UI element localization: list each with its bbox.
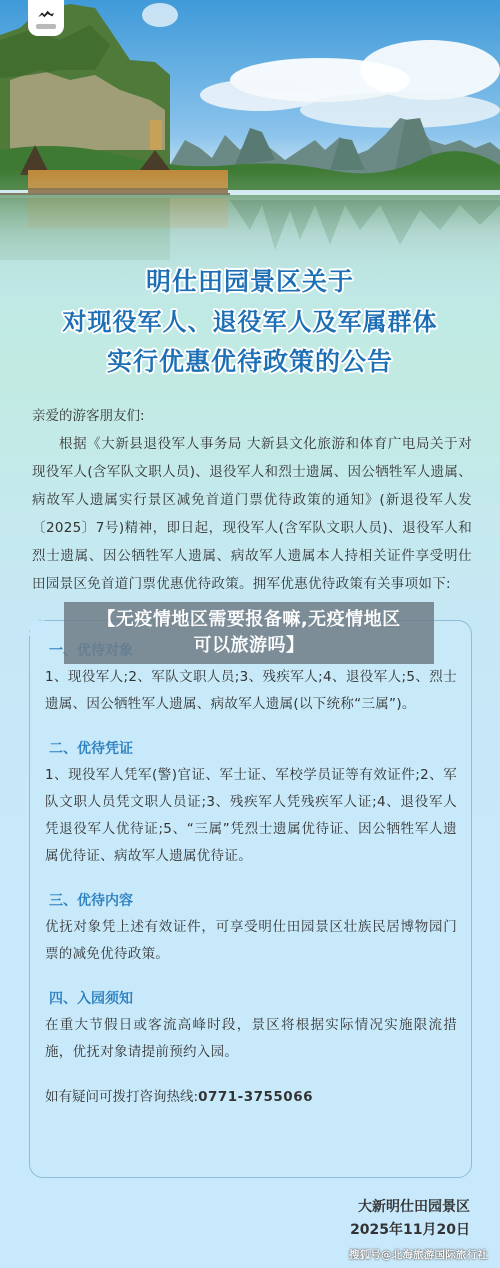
hero-landscape-image	[0, 0, 500, 300]
hotline-label: 如有疑问可拨打咨询热线:	[45, 1089, 198, 1105]
signature-org: 大新明仕田园景区	[350, 1196, 470, 1219]
hotline-line: 如有疑问可拨打咨询热线:0771-3755066	[45, 1084, 457, 1111]
source-watermark: 搜狐号@北海旅游国际旅行社	[349, 1247, 488, 1262]
logo-caption	[36, 24, 56, 29]
greeting: 亲爱的游客朋友们:	[32, 402, 472, 430]
scenic-area-logo-icon	[28, 0, 64, 36]
headline-overlay-banner: 【无疫情地区需要报备嘛,无疫情地区 可以旅游吗】	[64, 602, 434, 664]
section-body: 1、现役军人;2、军队文职人员;3、残疾军人;4、退役军人;5、烈士遗属、因公牺…	[45, 664, 457, 718]
overlay-line-2: 可以旅游吗】	[194, 633, 305, 659]
section-entry-notice: 四、入园须知 在重大节假日或客流高峰时段，景区将根据实际情况实施限流措施，优抚对…	[45, 986, 457, 1066]
section-body: 优抚对象凭上述有效证件，可享受明仕田园景区壮族民居博物园门票的减免优待政策。	[45, 914, 457, 968]
hotline-number[interactable]: 0771-3755066	[198, 1089, 313, 1105]
section-heading: 四、入园须知	[49, 986, 457, 1012]
policy-details-content: 一、优待对象 1、现役军人;2、军队文职人员;3、残疾军人;4、退役军人;5、烈…	[45, 638, 457, 1111]
section-body: 1、现役军人凭军(警)官证、军士证、军校学员证等有效证件;2、军队文职人员凭文职…	[45, 762, 457, 870]
title-line-1: 明仕田园景区关于	[0, 262, 500, 302]
announcement-page: 明仕田园景区关于 对现役军人、退役军人及军属群体 实行优惠优待政策的公告 亲爱的…	[0, 0, 500, 1268]
signature-date: 2025年11月20日	[350, 1219, 470, 1242]
logo-mark-icon	[35, 10, 57, 18]
title-line-2: 对现役军人、退役军人及军属群体	[0, 302, 500, 342]
intro-section: 亲爱的游客朋友们: 根据《大新县退役军人事务局 大新县文化旅游和体育广电局关于对…	[32, 402, 472, 598]
intro-paragraph: 根据《大新县退役军人事务局 大新县文化旅游和体育广电局关于对现役军人(含军队文职…	[32, 430, 472, 598]
overlay-line-1: 【无疫情地区需要报备嘛,无疫情地区	[97, 607, 400, 633]
section-heading: 三、优待内容	[49, 888, 457, 914]
section-benefits: 三、优待内容 优抚对象凭上述有效证件，可享受明仕田园景区壮族民居博物园门票的减免…	[45, 888, 457, 968]
title-line-3: 实行优惠优待政策的公告	[0, 342, 500, 382]
signature-block: 大新明仕田园景区 2025年11月20日	[350, 1196, 470, 1242]
section-heading: 二、优待凭证	[49, 736, 457, 762]
section-body: 在重大节假日或客流高峰时段，景区将根据实际情况实施限流措施，优抚对象请提前预约入…	[45, 1012, 457, 1066]
section-credentials: 二、优待凭证 1、现役军人凭军(警)官证、军士证、军校学员证等有效证件;2、军队…	[45, 736, 457, 870]
announcement-title: 明仕田园景区关于 对现役军人、退役军人及军属群体 实行优惠优待政策的公告	[0, 262, 500, 382]
